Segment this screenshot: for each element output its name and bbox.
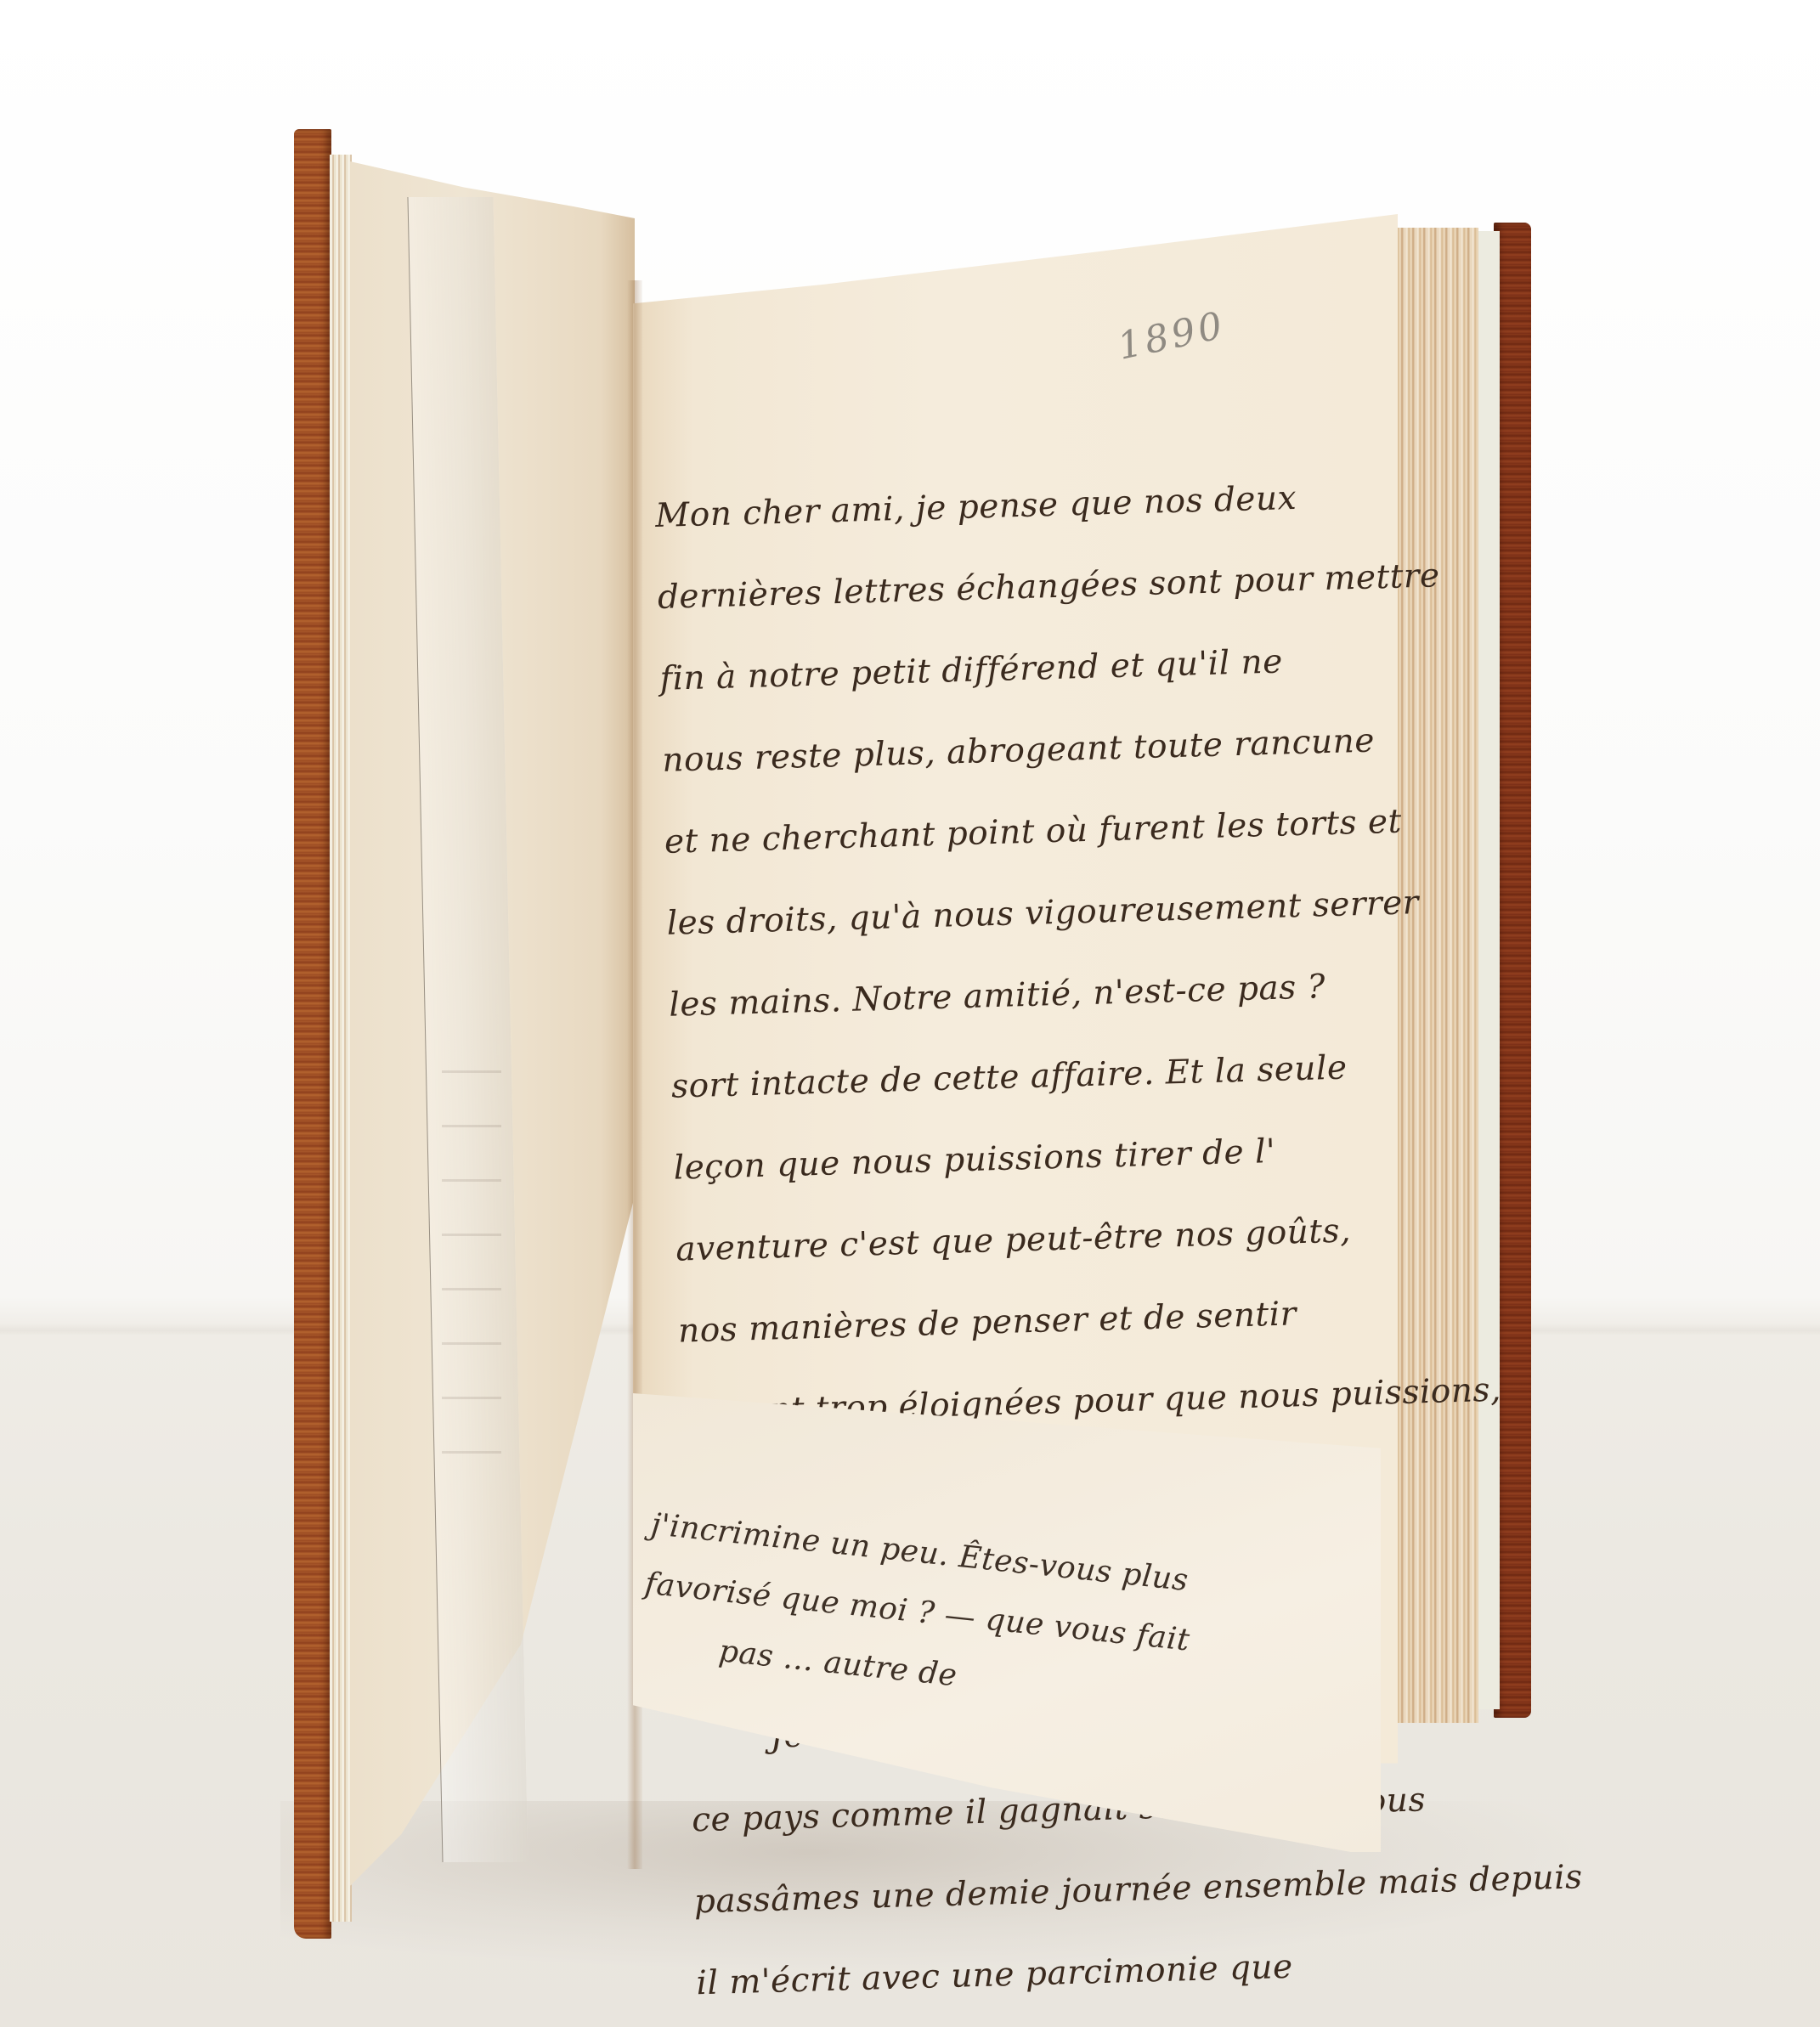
right-flyleaf <box>1477 231 1500 1709</box>
deckled-page-edges <box>1393 228 1478 1723</box>
left-page-edges <box>330 155 352 1922</box>
ink-show-through <box>442 1070 501 1461</box>
left-leather-cover <box>294 129 331 1939</box>
